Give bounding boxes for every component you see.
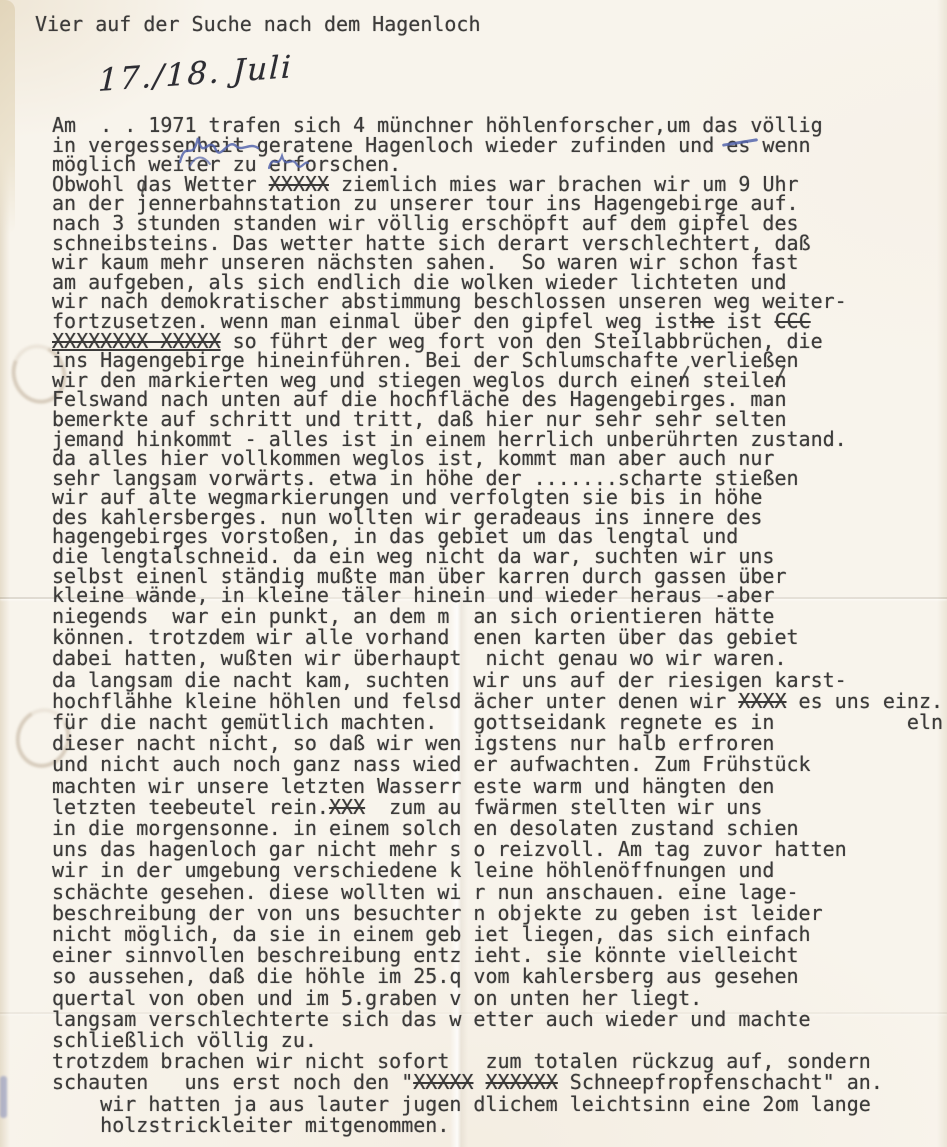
typed-line: machten wir unsere letzten Wasserr este … <box>52 776 943 797</box>
typed-line: dieser nacht nicht, so daß wir wen igste… <box>52 733 943 754</box>
typed-paragraph-folded: niegends war ein punkt, an dem m an sich… <box>52 606 943 1136</box>
typed-line: trotzdem brachen wir nicht sofort zum to… <box>52 1051 943 1072</box>
typed-line: für die nacht gemütlich machten. gottsei… <box>52 712 943 733</box>
typed-segment-slashed: n <box>678 368 690 392</box>
typed-line: niegends war ein punkt, an dem m an sich… <box>52 606 943 627</box>
typed-line: können. trotzdem wir alle vorhand enen k… <box>52 627 943 648</box>
typed-segment: wenn <box>750 133 810 157</box>
typed-line: wir hatten ja aus lauter jugen dlichem l… <box>52 1094 943 1115</box>
typed-line: nicht möglich, da sie in einem geb iet l… <box>52 924 943 945</box>
typed-line: hochflähhe kleine höhlen und felsd ächer… <box>52 691 943 712</box>
typed-line: holzstrickleiter mitgenommen. <box>52 1115 943 1136</box>
typed-line: kleine wände, in kleine täler hinein und… <box>52 586 847 606</box>
typed-line: schließlich völlig zu. <box>52 1030 943 1051</box>
scanned-typewritten-page: { "page": { "title_line": "Vier auf der … <box>0 0 947 1147</box>
typed-line: so aussehen, daß die höhle im 25.q vom k… <box>52 966 943 987</box>
typed-line: schächte gesehen. diese wollten wi r nun… <box>52 882 943 903</box>
typed-segment: holzstrickleiter mitgenommen. <box>52 1113 449 1137</box>
typed-line: langsam verschlechterte sich das w etter… <box>52 1009 943 1030</box>
typed-line: dabei hatten, wußten wir überhaupt nicht… <box>52 648 943 669</box>
typed-line: in die morgensonne. in einem solch en de… <box>52 818 943 839</box>
typed-line: letzten teebeutel rein.XXX zum au fwärme… <box>52 797 943 818</box>
typed-paragraph-top: Am . . 1971 trafen sich 4 münchner höhle… <box>52 116 847 606</box>
typed-line: beschreibung der von uns besuchter n obj… <box>52 903 943 924</box>
handwritten-date: 17./18. Juli <box>98 49 294 99</box>
typed-line: uns das hagenloch gar nicht mehr s o rei… <box>52 839 943 860</box>
typed-line: wir in der umgebung verschiedene k leine… <box>52 860 943 881</box>
typed-segment-slashed: n <box>774 368 786 392</box>
ink-smudge <box>0 1076 7 1118</box>
typed-line: quertal von oben und im 5.graben v on un… <box>52 988 943 1009</box>
typed-line: und nicht auch noch ganz nass wied er au… <box>52 754 943 775</box>
typed-line: einer sinnvollen beschreibung entz ieht.… <box>52 945 943 966</box>
page-title: Vier auf der Suche nach dem Hagenloch <box>35 12 481 36</box>
typed-line: schauten uns erst noch den "XXXXX XXXXXX… <box>52 1072 943 1093</box>
paper-torn-edge-top-left <box>0 0 15 235</box>
typed-segment-penstrike: es <box>726 133 750 157</box>
typed-line: da langsam die nacht kam, suchten wir un… <box>52 670 943 691</box>
